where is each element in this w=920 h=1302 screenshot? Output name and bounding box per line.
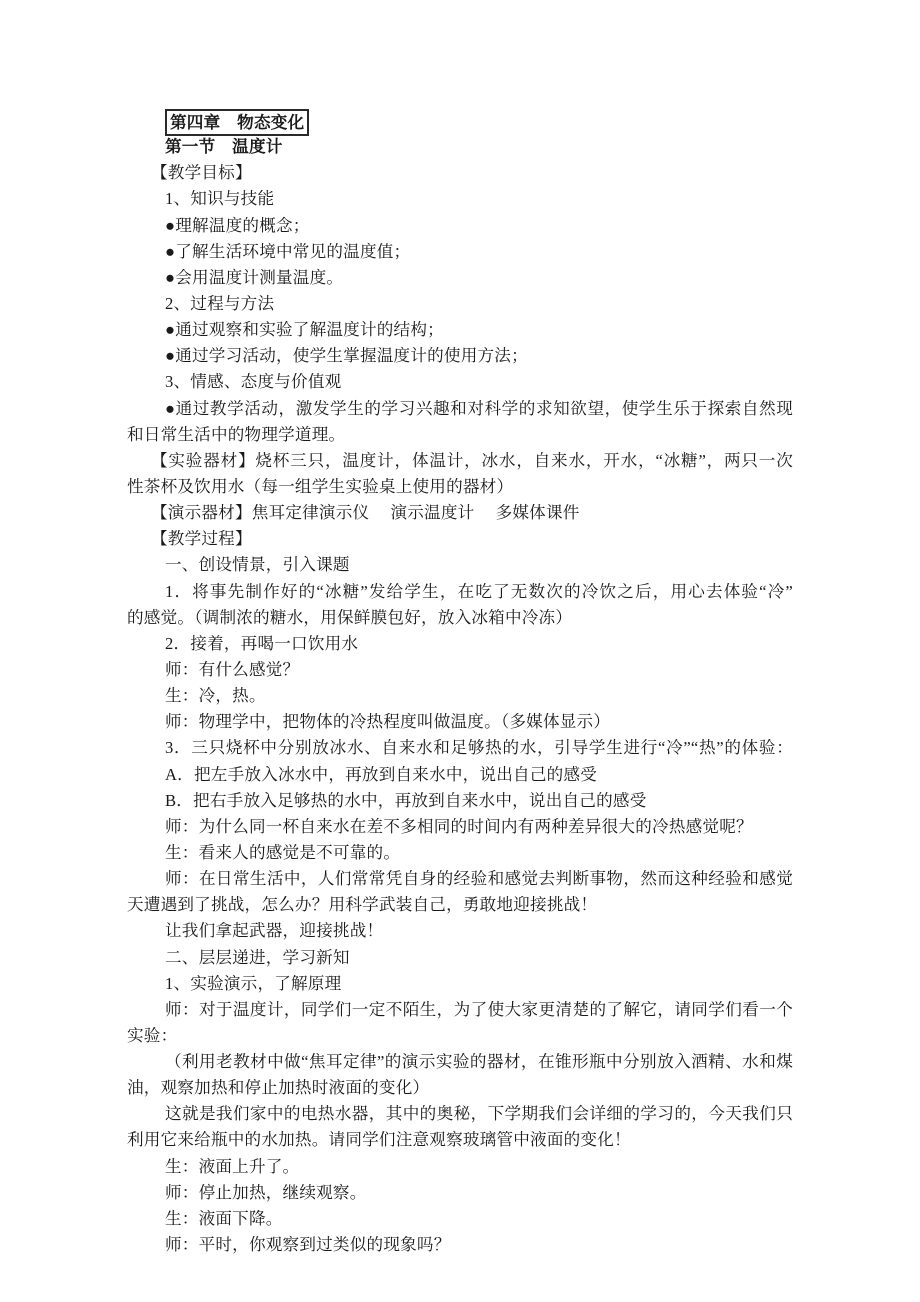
text-line: 性茶杯及饮用水（每一组学生实验桌上使用的器材） [127,474,793,500]
text-line: B．把右手放入足够热的水中，再放到自来水中，说出自己的感受 [127,788,793,814]
text-line: 3．三只烧杯中分别放冰水、自来水和足够热的水，引导学生进行“冷”“热”的体验： [127,735,793,761]
text-line: ●了解生活环境中常见的温度值； [127,239,793,265]
text-line: 利用它来给瓶中的水加热。请同学们注意观察玻璃管中液面的变化！ [127,1127,793,1153]
text-line: 第一节 温度计 [127,134,793,160]
text-line: 师：有什么感觉？ [127,657,793,683]
text-line: 【教学过程】 [127,526,793,552]
text-line: 【演示器材】焦耳定律演示仪 演示温度计 多媒体课件 [127,500,793,526]
text-line: ●通过教学活动，激发学生的学习兴趣和对科学的求知欲望，使学生乐于探索自然现象 [127,396,793,422]
text-line: ●会用温度计测量温度。 [127,265,793,291]
text-line: 1．将事先制作好的“冰糖”发给学生，在吃了无数次的冷饮之后，用心去体验“冷” [127,579,793,605]
text-line: 生：液面下降。 [127,1206,793,1232]
text-line: 生：看来人的感觉是不可靠的。 [127,840,793,866]
text-line: 2、过程与方法 [127,291,793,317]
text-line: 【教学目标】 [127,160,793,186]
text-line: 和日常生活中的物理学道理。 [127,422,793,448]
text-line: A．把左手放入冰水中，再放到自来水中，说出自己的感受 [127,762,793,788]
text-line: 师：在日常生活中，人们常常凭自身的经验和感觉去判断事物，然而这种经验和感觉今 [127,866,793,892]
text-line: 师：对于温度计，同学们一定不陌生，为了使大家更清楚的了解它，请同学们看一个小 [127,997,793,1023]
text-line: 这就是我们家中的电热水器，其中的奥秘，下学期我们会详细的学习的，今天我们只是 [127,1101,793,1127]
text-line: 第四章 物态变化 [127,108,793,134]
text-line: 的感觉。（调制浓的糖水，用保鲜膜包好，放入冰箱中冷冻） [127,605,793,631]
text-line: 一、创设情景，引入课题 [127,552,793,578]
text-line: 天遭遇到了挑战，怎么办？用科学武装自己，勇敢地迎接挑战！ [127,892,793,918]
text-line: （利用老教材中做“焦耳定律”的演示实验的器材，在锥形瓶中分别放入酒精、水和煤 [127,1049,793,1075]
text-line: ●通过观察和实验了解温度计的结构； [127,317,793,343]
text-line: 生：冷，热。 [127,683,793,709]
text-line: 让我们拿起武器，迎接挑战！ [127,918,793,944]
text-line: 1、知识与技能 [127,186,793,212]
text-line: 1、实验演示，了解原理 [127,971,793,997]
chapter-title-box: 第四章 物态变化 [165,109,309,136]
text-line: 师：为什么同一杯自来水在差不多相同的时间内有两种差异很大的冷热感觉呢？ [127,814,793,840]
text-line: 生：液面上升了。 [127,1154,793,1180]
text-line: 3、情感、态度与价值观 [127,369,793,395]
text-line: ●通过学习活动，使学生掌握温度计的使用方法； [127,343,793,369]
text-line: 师：平时，你观察到过类似的现象吗？ [127,1232,793,1258]
text-line: 油，观察加热和停止加热时液面的变化） [127,1075,793,1101]
document-page: 第四章 物态变化第一节 温度计【教学目标】1、知识与技能●理解温度的概念；●了解… [0,0,920,1302]
text-line: 师：停止加热，继续观察。 [127,1180,793,1206]
document-body: 第四章 物态变化第一节 温度计【教学目标】1、知识与技能●理解温度的概念；●了解… [127,108,793,1258]
text-line: 师：物理学中，把物体的冷热程度叫做温度。（多媒体显示） [127,709,793,735]
text-line: 【实验器材】烧杯三只，温度计，体温计，冰水，自来水，开水，“冰糖”，两只一次 [127,448,793,474]
text-line: 2．接着，再喝一口饮用水 [127,631,793,657]
text-line: ●理解温度的概念； [127,213,793,239]
text-line: 二、层层递进，学习新知 [127,945,793,971]
text-line: 实验： [127,1023,793,1049]
